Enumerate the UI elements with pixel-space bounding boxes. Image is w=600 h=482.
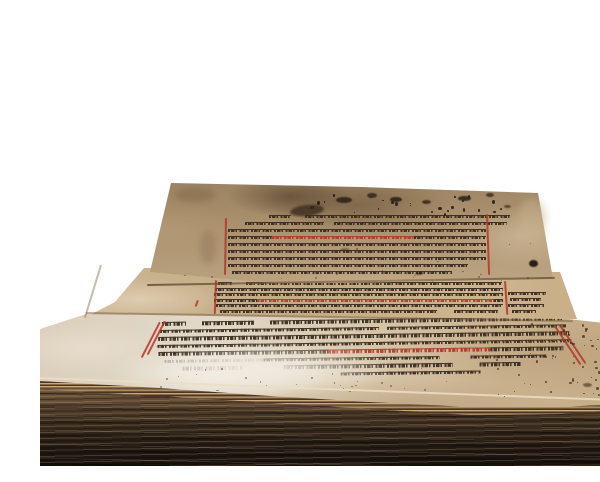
script-line: [228, 236, 486, 239]
script-run-gap: [481, 370, 516, 374]
script-run-ink: [334, 222, 507, 225]
margin-rule-red: [214, 280, 217, 314]
script-run-ink: [510, 298, 541, 301]
script-run-gap: [439, 355, 470, 359]
script-run-red: [272, 236, 414, 239]
script-run-ink: [305, 215, 510, 218]
script-run-gap: [453, 363, 480, 367]
script-line: [269, 215, 510, 218]
script-run-ink: [160, 326, 379, 333]
script-run-gap: [291, 215, 305, 218]
margin-rule-red: [504, 281, 508, 315]
script-run-ink: [387, 324, 566, 330]
script-line: [228, 243, 486, 246]
script-line: [228, 229, 486, 232]
script-run-ink: [480, 362, 521, 366]
script-line: [510, 298, 544, 301]
script-run-ink: [508, 292, 546, 295]
script-run-ink: [228, 243, 486, 246]
script-run-ink: [228, 250, 486, 253]
script-run-gap: [254, 320, 270, 324]
script-run-ink: [454, 310, 498, 313]
script-run-ink: [269, 215, 291, 218]
script-run-ink: [202, 321, 254, 326]
script-run-gap: [437, 310, 454, 313]
script-run-ink: [214, 299, 257, 302]
script-run-gap: [536, 310, 542, 313]
back-folio: [140, 181, 556, 291]
manuscript-photo: [40, 16, 600, 466]
script-run-ink: [508, 304, 544, 307]
script-run-ink: [162, 322, 186, 326]
script-run-ink: [470, 354, 546, 359]
script-run-gap: [452, 271, 482, 274]
script-line: [214, 299, 503, 302]
script-run-ink: [490, 346, 563, 351]
script-line: [508, 304, 544, 307]
script-run-red: [257, 299, 494, 302]
script-run-gap: [186, 321, 202, 325]
script-run-ink: [216, 304, 503, 307]
script-run-gap: [324, 222, 334, 225]
script-line: [228, 250, 486, 253]
script-run-ink: [228, 229, 486, 232]
script-run-ink: [228, 236, 272, 239]
script-run-ink: [228, 264, 468, 267]
script-run-ink: [228, 257, 486, 260]
margin-rule-red: [224, 218, 227, 275]
margin-rule-red: [559, 325, 586, 364]
script-run-ink: [512, 310, 536, 313]
script-run-ink: [494, 299, 503, 302]
script-run-gap: [379, 326, 387, 330]
script-run-ink: [215, 288, 503, 291]
script-line: [245, 222, 507, 225]
script-line: [228, 257, 486, 260]
script-line: [512, 310, 542, 313]
script-line: [214, 293, 503, 296]
script-line: [508, 292, 546, 295]
script-run-gap: [541, 298, 544, 301]
script-run-ink: [245, 222, 324, 225]
script-run-ink: [220, 310, 437, 313]
script-run-ink: [214, 293, 503, 296]
script-line: [232, 271, 482, 274]
script-line: [215, 288, 503, 291]
script-run-ink: [232, 271, 452, 274]
script-line: [228, 264, 486, 267]
script-run-ink: [414, 236, 486, 239]
script-run-gap: [468, 264, 486, 267]
margin-rule-red: [195, 300, 199, 307]
script-line: [220, 310, 498, 313]
script-line: [216, 304, 503, 307]
middle-folio-left-edge: [84, 265, 102, 318]
